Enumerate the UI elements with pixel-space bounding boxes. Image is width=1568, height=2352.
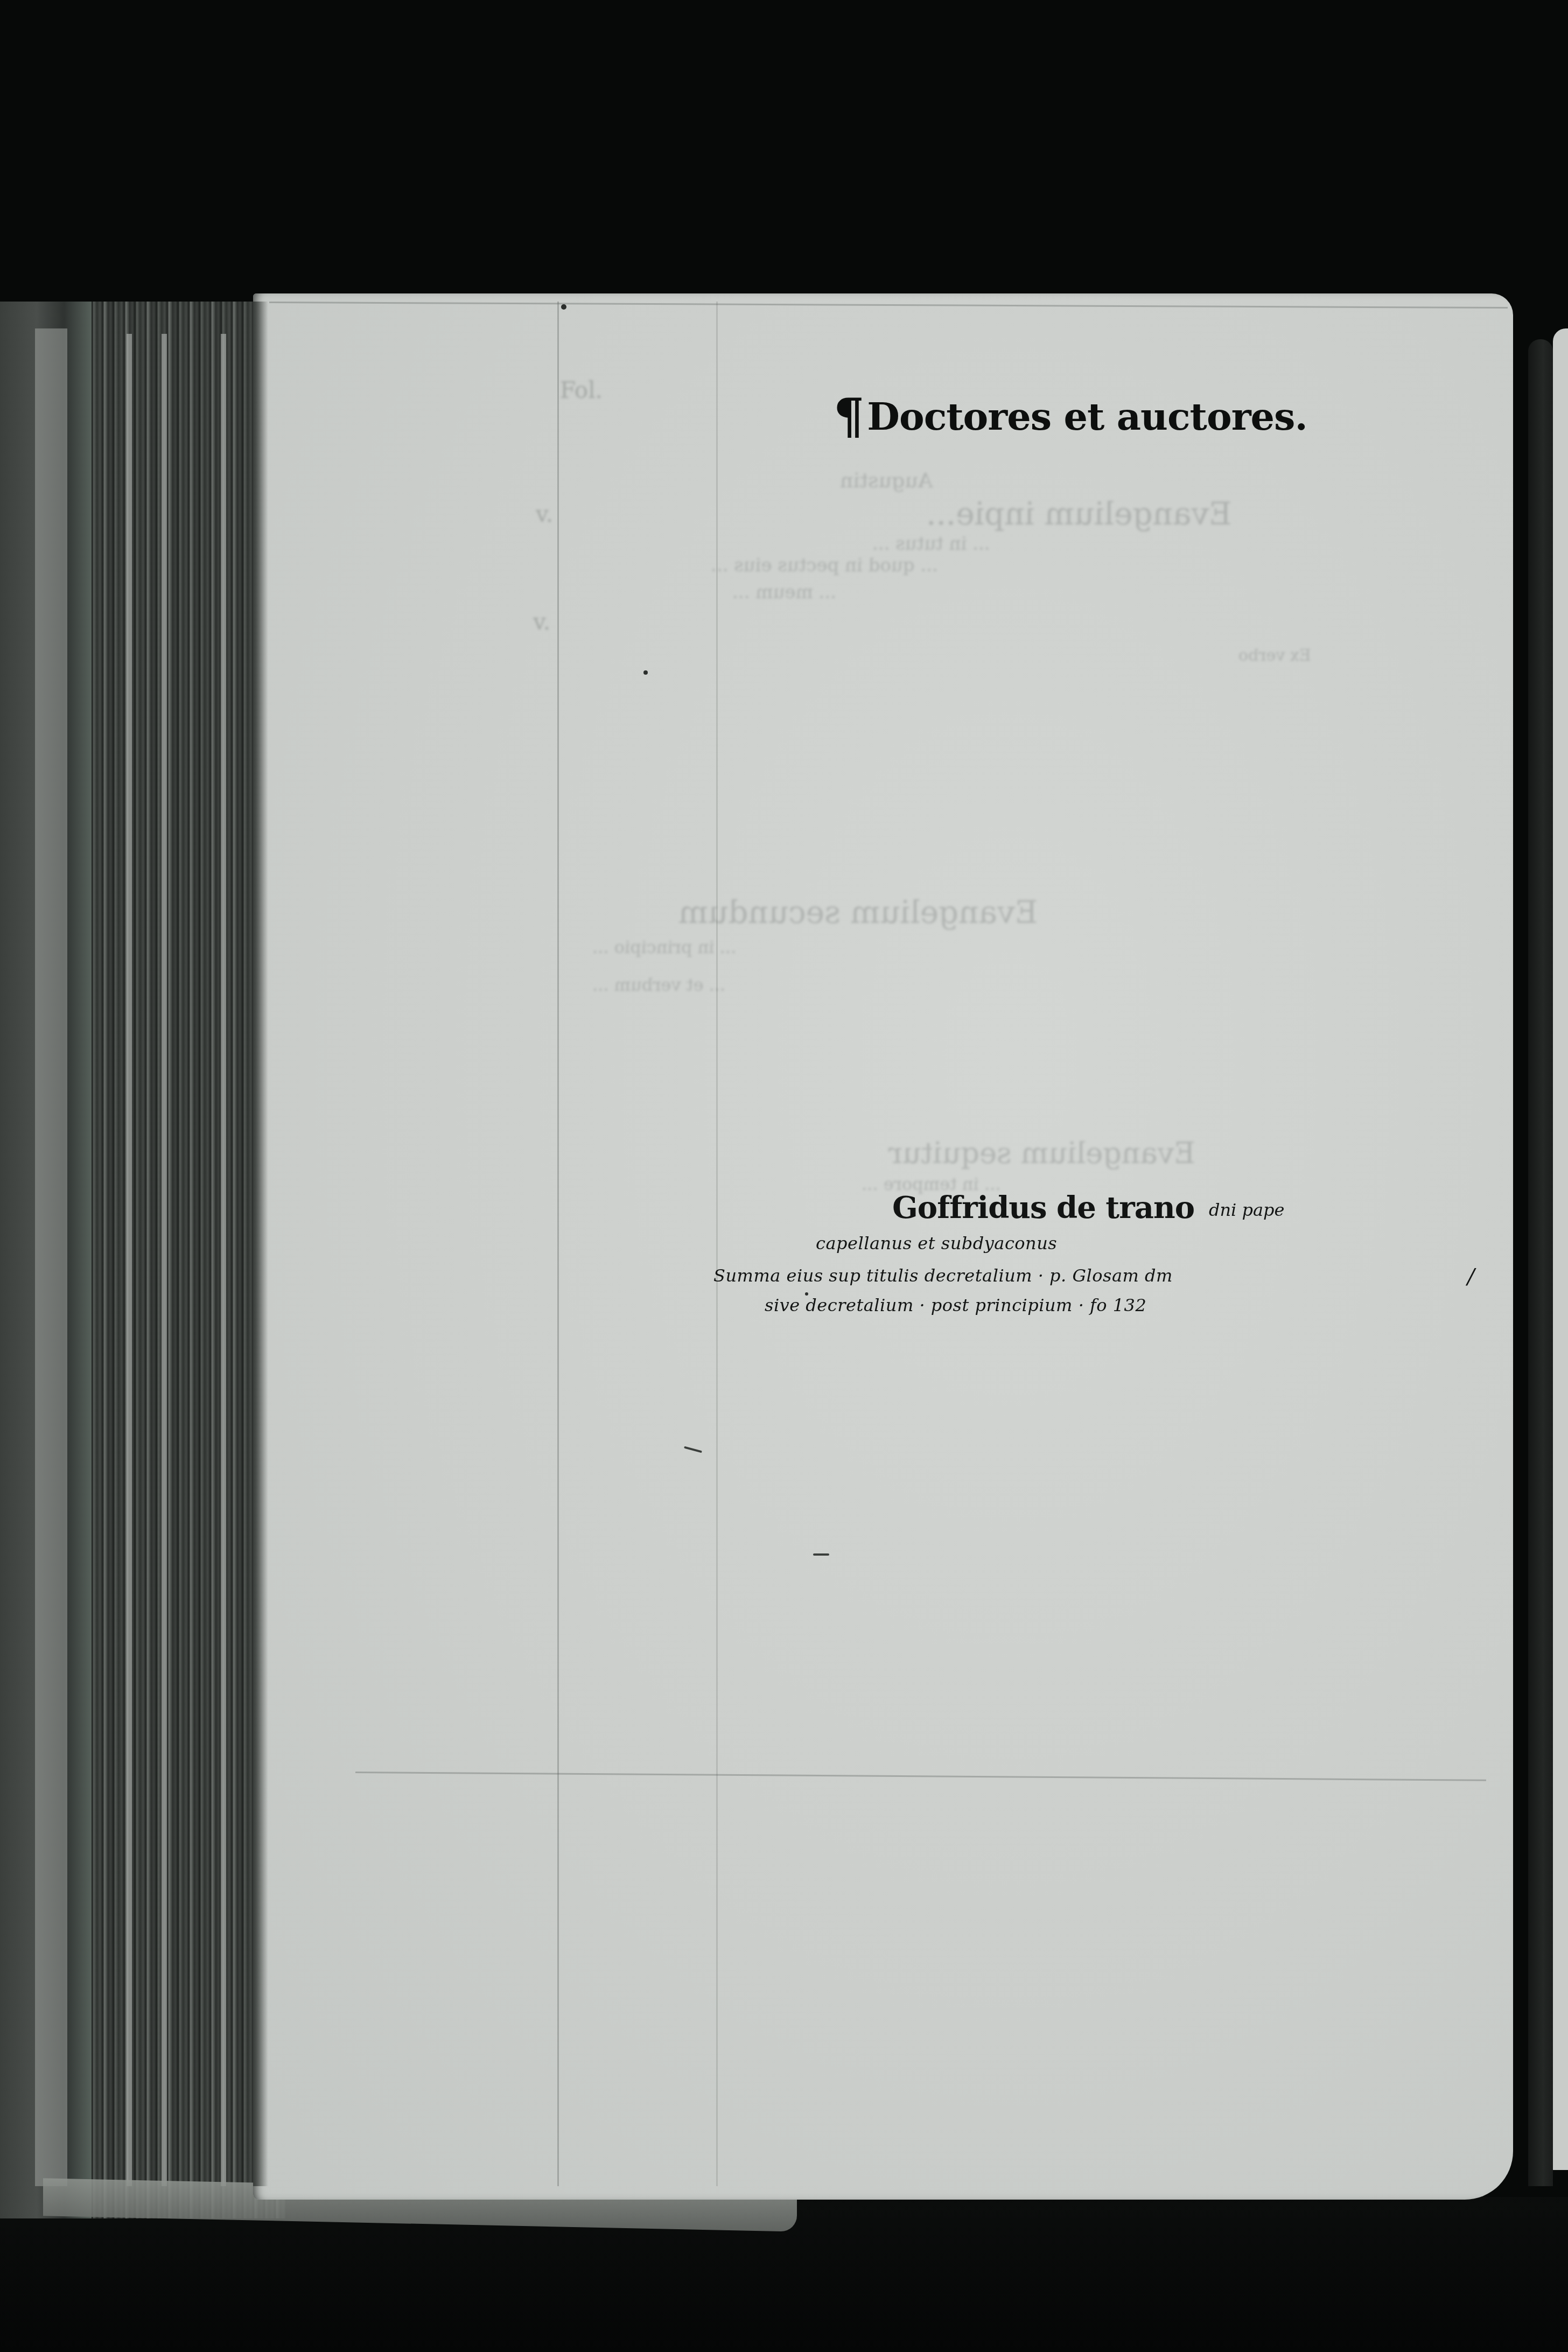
leaf-edge-highlight xyxy=(221,334,226,2186)
author-name: Goffridus de trano xyxy=(892,1190,1194,1226)
heading-text: Doctores et auctores. xyxy=(867,394,1307,439)
pilcrow-icon: ¶ xyxy=(834,388,864,445)
next-leaf-edge xyxy=(1553,328,1568,2170)
page-heading: ¶Doctores et auctores. xyxy=(834,388,1307,445)
margin-mark: Fol. xyxy=(560,377,603,403)
show-through-text: ... et verbum ... xyxy=(592,975,725,995)
entry-line: capellanus et subdyaconus xyxy=(816,1233,1057,1254)
margin-mark: v. xyxy=(536,501,553,527)
leaf-edge-highlight xyxy=(127,334,132,2186)
ruling-line-inner xyxy=(716,302,718,2186)
next-leaf-shadow xyxy=(1528,339,1553,2186)
entry-line: Summa eius sup titulis decretalium · p. … xyxy=(713,1265,1173,1286)
show-through-text: Augustin xyxy=(840,468,933,492)
gutter-shadow xyxy=(253,302,268,2186)
ink-speck xyxy=(643,670,648,675)
show-through-text: ... in principio ... xyxy=(592,937,736,957)
flyleaf-edge xyxy=(35,328,67,2186)
show-through-text: ... quod in pectus eius ... xyxy=(711,555,938,576)
ink-speck xyxy=(805,1292,808,1296)
show-through-text: ... meum ... xyxy=(732,582,836,603)
entry-line: sive decretalium · post principium · fo … xyxy=(765,1295,1146,1315)
margin-mark: v. xyxy=(533,608,550,635)
line-continuation-mark: / xyxy=(1467,1264,1474,1289)
show-through-text: Evangelium sequitur xyxy=(888,1136,1195,1170)
ruling-line-left xyxy=(557,302,559,2186)
show-through-text: Evangelium inpie... xyxy=(926,495,1232,532)
author-title: dni pape xyxy=(1209,1200,1284,1220)
show-through-text: Ex verbo xyxy=(1238,646,1311,665)
leaf-edge-highlight xyxy=(162,334,167,2186)
show-through-text: ... in tutus ... xyxy=(872,533,990,555)
stray-mark xyxy=(813,1553,829,1556)
show-through-text: Evangelium secundum xyxy=(678,894,1038,930)
ink-speck xyxy=(561,304,566,310)
